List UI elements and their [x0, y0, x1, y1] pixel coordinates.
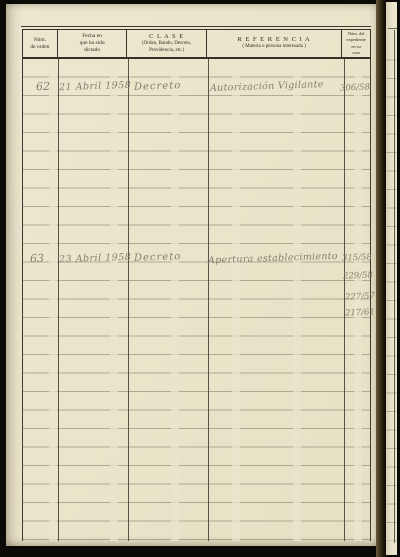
column-header-fecha: Fecha en que ha sido dictado: [58, 30, 128, 57]
column-divider: [58, 59, 59, 541]
entry-62-expediente: 306/58: [340, 82, 370, 93]
entry-63-expediente-3: 227/57: [345, 291, 375, 302]
ledger-table: Núm. de orden Fecha en que ha sido dicta…: [22, 29, 371, 541]
header-referencia-sub: ( Materia o persona interesada ): [242, 44, 305, 50]
header-fecha-line1: Fecha en: [82, 33, 102, 40]
entry-63-expediente-2: 229/58: [343, 270, 373, 281]
header-referencia-title: R E F E R E N C I A: [237, 36, 310, 44]
entry-63-expediente-1: 315/58: [342, 252, 372, 263]
next-page-ruled-lines: [386, 42, 397, 541]
header-clase-sub2: Providencia, etc.): [149, 48, 184, 54]
entry-62-num: 62: [36, 80, 50, 93]
entry-63-expediente-4: 217/61: [345, 307, 375, 318]
column-divider: [128, 59, 129, 541]
header-expediente-line4: caso: [352, 50, 360, 56]
next-page-table-topline: [388, 28, 397, 29]
header-fecha-line2: que ha sido: [80, 40, 105, 47]
next-page-edge: [386, 2, 397, 555]
header-num-line1: Núm.: [34, 37, 46, 44]
entry-62-clase: Decreto: [134, 80, 182, 93]
column-header-referencia: R E F E R E N C I A ( Materia o persona …: [207, 30, 342, 57]
header-fecha-line3: dictado: [84, 47, 100, 54]
column-header-expediente: Núm. del expediente en su caso: [342, 30, 370, 57]
entry-63-num: 63: [30, 252, 44, 265]
entry-63-clase: Decreto: [134, 251, 182, 264]
header-num-line2: de orden: [30, 44, 49, 51]
ledger-page: Núm. de orden Fecha en que ha sido dicta…: [6, 4, 378, 546]
table-body: [22, 59, 371, 541]
book-gutter: [376, 0, 386, 557]
header-clase-title: C L A S E: [149, 33, 184, 41]
column-divider: [208, 59, 209, 541]
column-header-num-orden: Núm. de orden: [23, 30, 58, 57]
column-header-clase: C L A S E (Orden, Bando, Decreto, Provid…: [127, 30, 207, 57]
table-header-row: Núm. de orden Fecha en que ha sido dicta…: [22, 29, 371, 59]
